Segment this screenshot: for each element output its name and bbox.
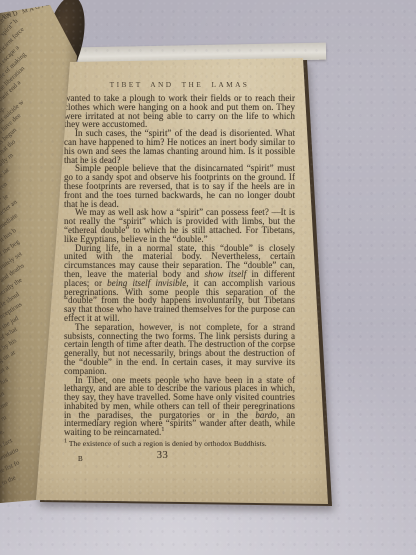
paragraph: Simple people believe that the disincarn… xyxy=(64,164,295,208)
text-segment: We may as well ask how a “spirit” can po… xyxy=(64,207,295,243)
page-footer-row: B33 xyxy=(64,452,295,466)
paragraph: In Tibet, one meets people who have been… xyxy=(64,376,295,438)
text-segment: wanted to take a plough to work their fi… xyxy=(64,93,295,129)
text-segment: In such cases, the “spirit” of the dead … xyxy=(64,128,295,164)
paragraph: In such cases, the “spirit” of the dead … xyxy=(64,129,295,164)
body-text: wanted to take a plough to work their fi… xyxy=(64,94,295,466)
paragraph: We may as well ask how a “spirit” can po… xyxy=(64,208,295,243)
photo-of-open-book: AND MAGICIANS ort which the mse the “spi… xyxy=(0,0,416,555)
paragraph: The separation, however, is not complete… xyxy=(64,323,295,376)
text-segment: The separation, however, is not complete… xyxy=(64,322,295,376)
page-number: 33 xyxy=(64,452,261,461)
right-page-shadow-wrap: TIBET AND THE LAMAS wanted to take a plo… xyxy=(0,0,416,555)
paragraph: During life, in a normal state, this “do… xyxy=(64,244,295,323)
footnote-text: The existence of such a region is denied… xyxy=(67,439,267,448)
paragraph: wanted to take a plough to work their fi… xyxy=(64,94,295,129)
right-page: TIBET AND THE LAMAS wanted to take a plo… xyxy=(0,0,340,514)
running-header: TIBET AND THE LAMAS xyxy=(64,80,295,89)
footnote: 1 The existence of such a region is deni… xyxy=(64,440,295,448)
footnote-reference: 1 xyxy=(161,427,164,433)
text-segment: Simple people believe that the disincarn… xyxy=(64,163,295,208)
